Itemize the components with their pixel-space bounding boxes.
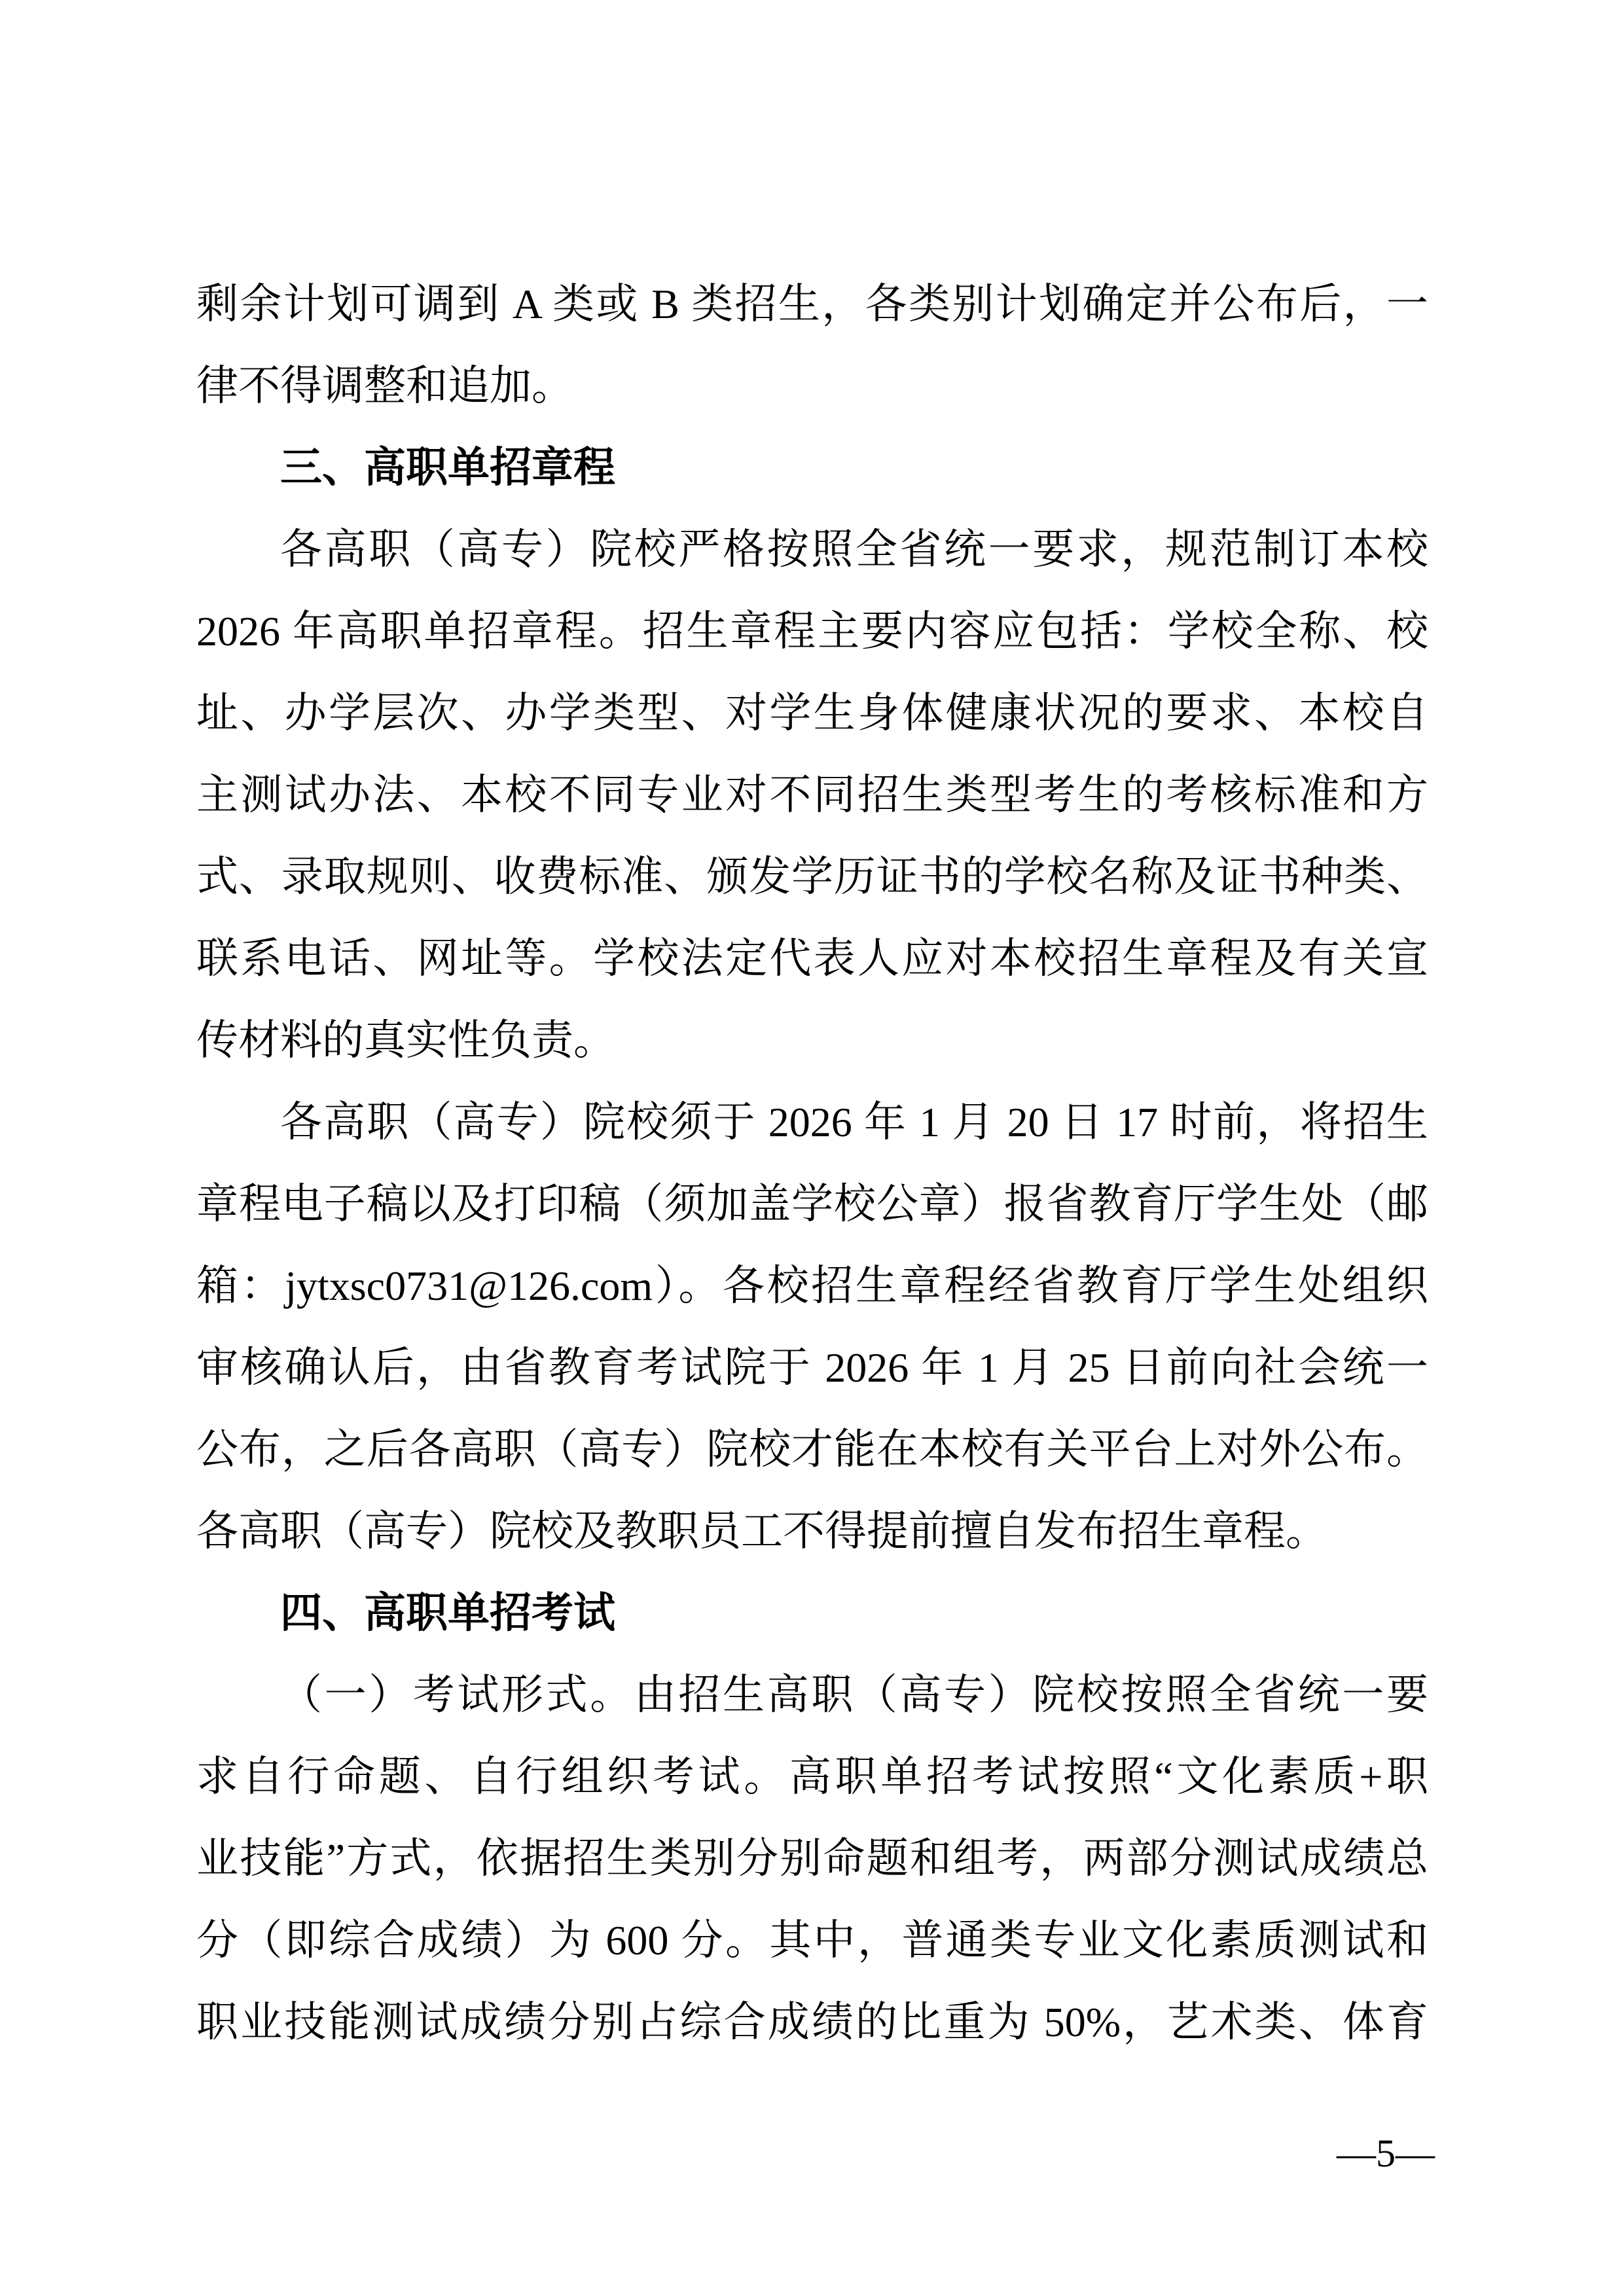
text-line: 式、录取规则、收费标准、颁发学历证书的学校名称及证书种类、 [196, 836, 1428, 918]
text-line: 职业技能测试成绩分别占综合成绩的比重为 50%，艺术类、体育 [196, 1981, 1428, 2063]
text-line: 业技能”方式，依据招生类别分别命题和组考，两部分测试成绩总 [196, 1818, 1428, 1899]
text-line: 求自行命题、自行组织考试。高职单招考试按照“文化素质+职 [196, 1736, 1428, 1818]
text-line: 律不得调整和追加。 [196, 345, 1428, 427]
text-line: 各高职（高专）院校严格按照全省统一要求，规范制订本校 [196, 509, 1428, 590]
text-line: 主测试办法、本校不同专业对不同招生类型考生的考核标准和方 [196, 754, 1428, 836]
text-line: 箱：jytxsc0731@126.com）。各校招生章程经省教育厅学生处组织 [196, 1245, 1428, 1327]
document-body: 剩余计划可调到 A 类或 B 类招生，各类别计划确定并公布后，一律不得调整和追加… [196, 263, 1428, 2063]
section-heading: 三、高职单招章程 [196, 427, 1428, 509]
text-line: 2026 年高职单招章程。招生章程主要内容应包括：学校全称、校 [196, 590, 1428, 672]
text-line: 审核确认后，由省教育考试院于 2026 年 1 月 25 日前向社会统一 [196, 1327, 1428, 1408]
text-line: 传材料的真实性负责。 [196, 999, 1428, 1081]
text-line: 章程电子稿以及打印稿（须加盖学校公章）报省教育厅学生处（邮 [196, 1163, 1428, 1245]
text-line: 各高职（高专）院校及教职员工不得提前擅自发布招生章程。 [196, 1490, 1428, 1572]
text-line: 联系电话、网址等。学校法定代表人应对本校招生章程及有关宣 [196, 918, 1428, 999]
page-number: —5— [1337, 2127, 1435, 2179]
document-page: 剩余计划可调到 A 类或 B 类招生，各类别计划确定并公布后，一律不得调整和追加… [0, 0, 1624, 2296]
text-line: （一）考试形式。由招生高职（高专）院校按照全省统一要 [196, 1654, 1428, 1736]
text-line: 址、办学层次、办学类型、对学生身体健康状况的要求、本校自 [196, 672, 1428, 754]
text-line: 剩余计划可调到 A 类或 B 类招生，各类别计划确定并公布后，一 [196, 263, 1428, 345]
section-heading: 四、高职单招考试 [196, 1572, 1428, 1654]
text-line: 分（即综合成绩）为 600 分。其中，普通类专业文化素质测试和 [196, 1899, 1428, 1981]
text-line: 公布，之后各高职（高专）院校才能在本校有关平台上对外公布。 [196, 1408, 1428, 1490]
text-line: 各高职（高专）院校须于 2026 年 1 月 20 日 17 时前，将招生 [196, 1081, 1428, 1163]
